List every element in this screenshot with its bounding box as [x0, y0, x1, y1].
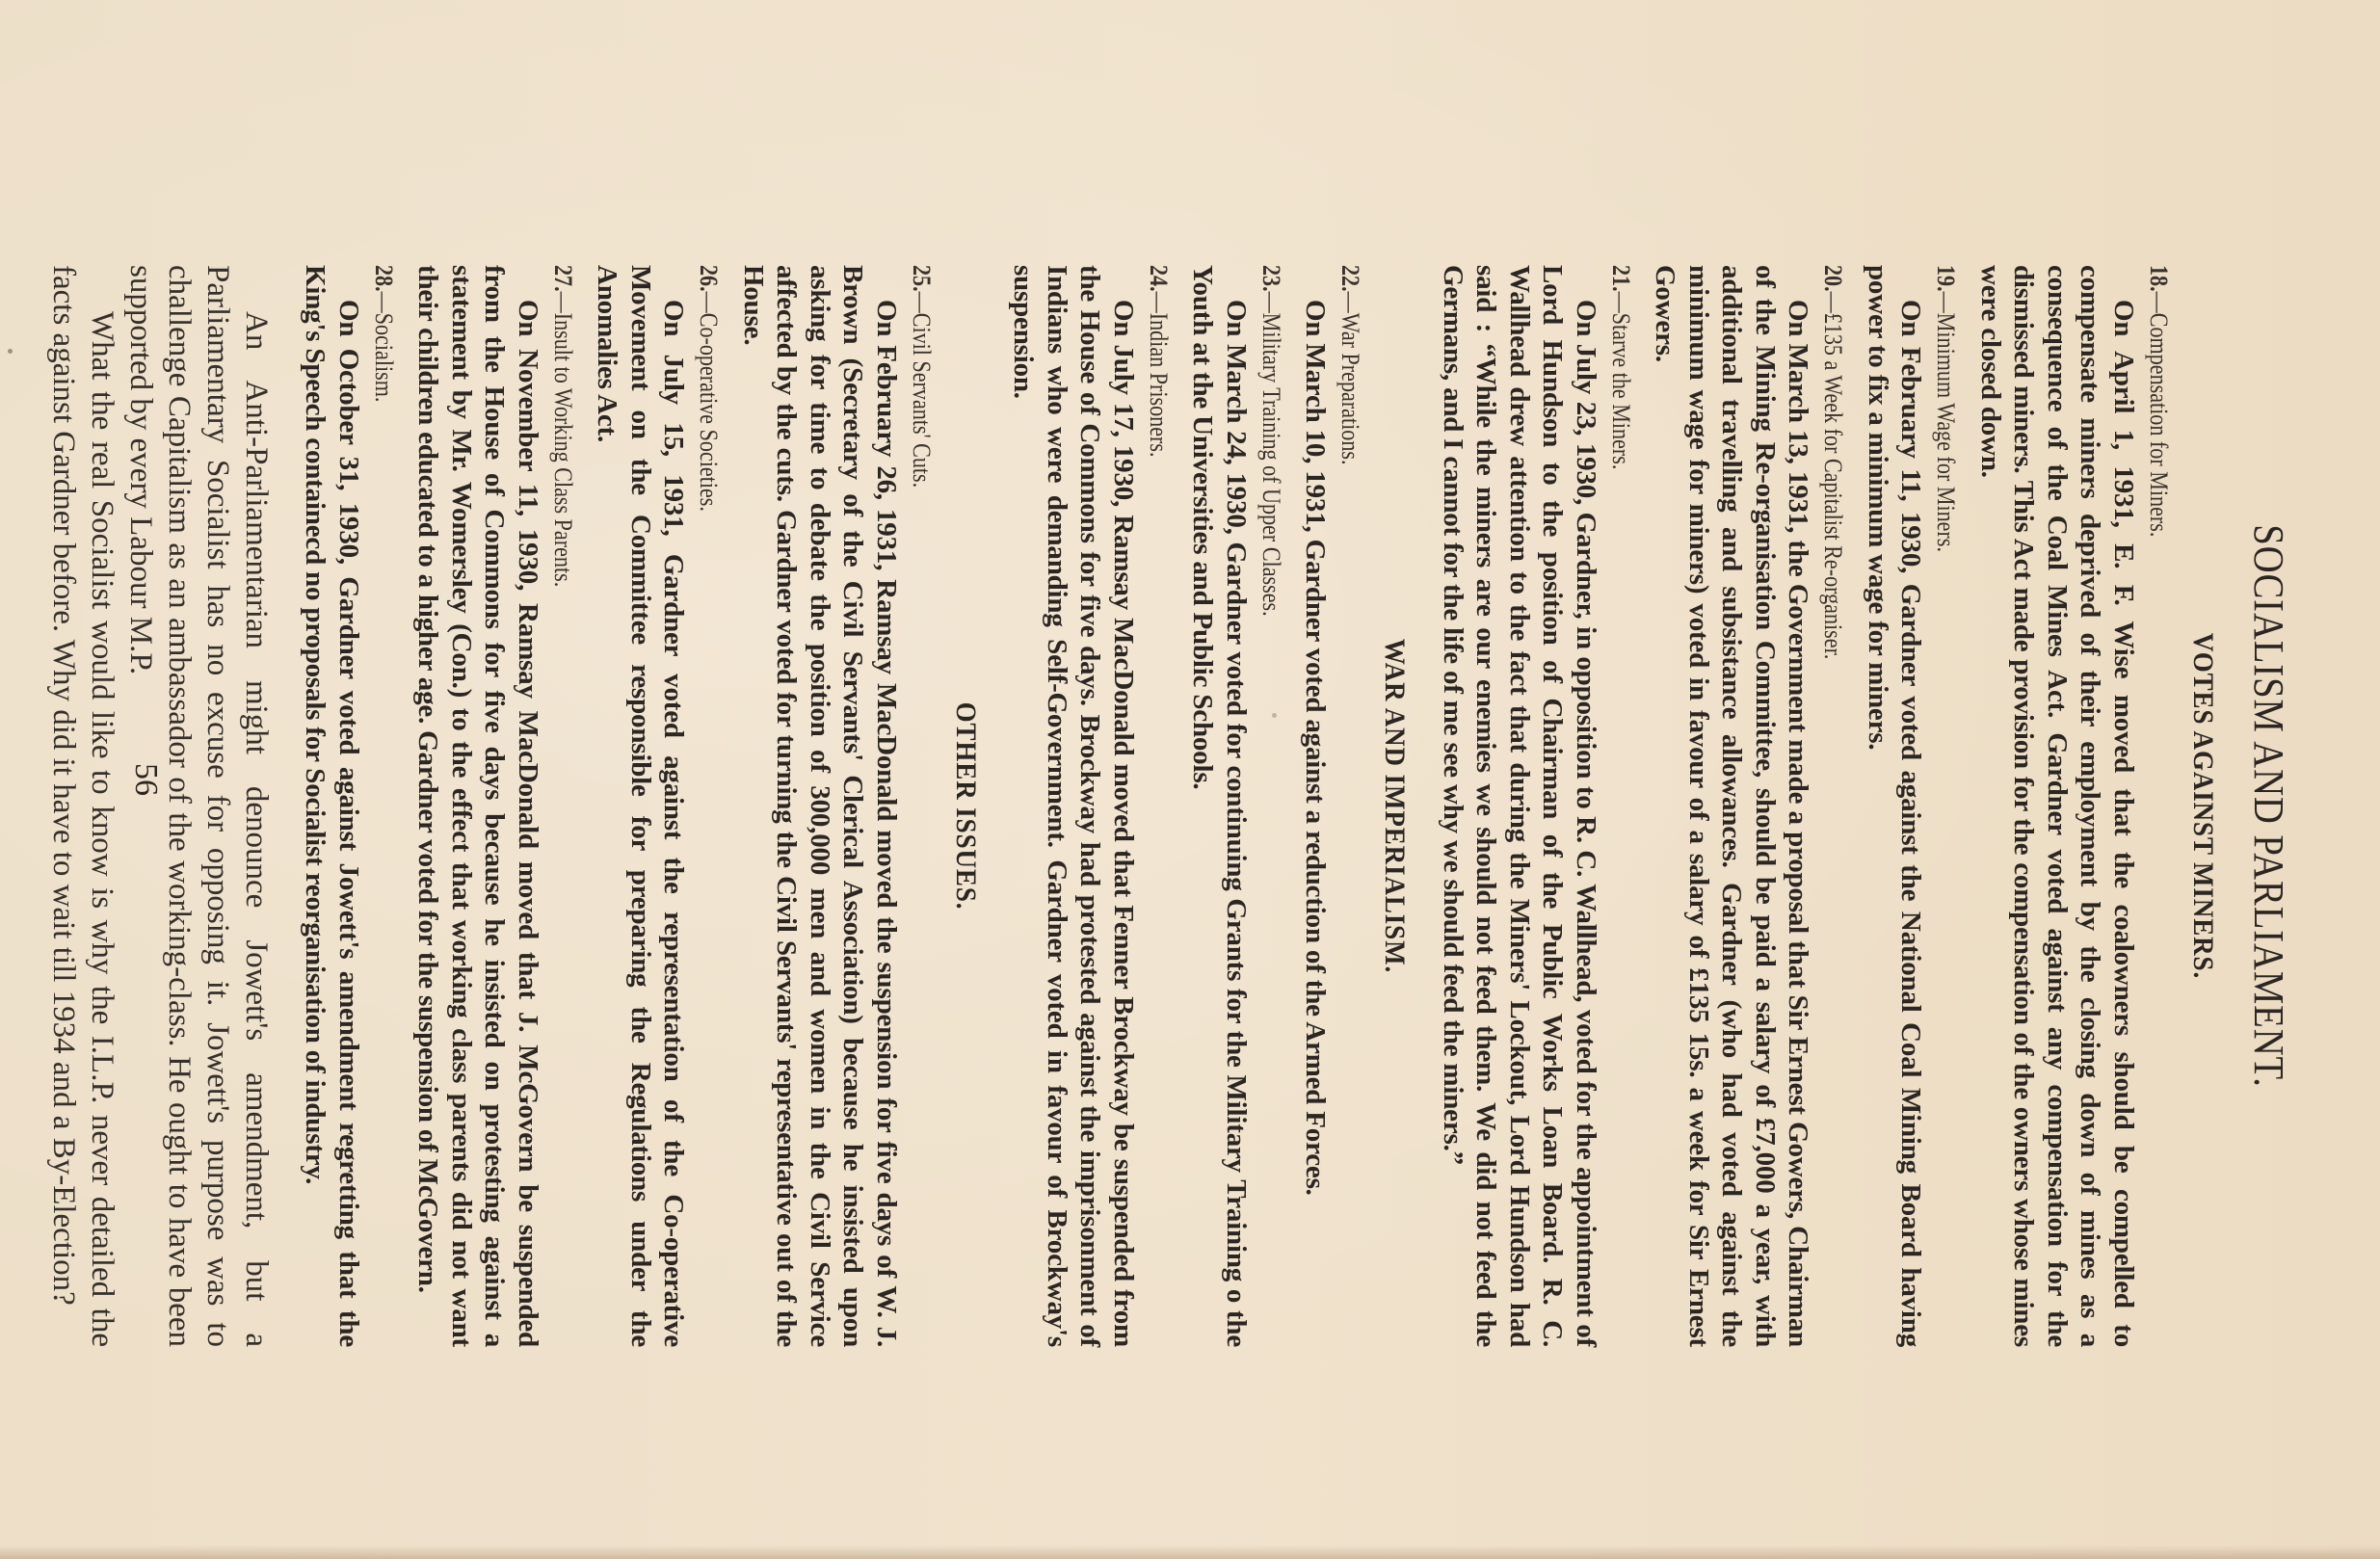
- item-number: 24.: [1145, 265, 1173, 292]
- item-title: —Starve the Miners.: [1607, 292, 1635, 470]
- item-22: 22.—War Preparations. On March 10, 1931,…: [1299, 265, 1365, 1347]
- item-label: 25.—Civil Servants' Cuts.: [907, 265, 936, 1185]
- section-other-issues: OTHER ISSUES. 25.—Civil Servants' Cuts. …: [299, 265, 982, 1347]
- item-body: On April 1, 1931, E. F. Wise moved that …: [1974, 265, 2141, 1347]
- item-label: 18.—Compensation for Miners.: [2144, 265, 2173, 1185]
- item-number: 18.: [2145, 265, 2173, 292]
- item-19: 19.—Minimum Wage for Miners. On February…: [1862, 265, 1961, 1347]
- item-25: 25.—Civil Servants' Cuts. On February 26…: [737, 265, 937, 1347]
- item-label: 27.—Insult to Working Class Parents.: [548, 265, 577, 1185]
- item-title: —Indian Prisoners.: [1145, 292, 1173, 458]
- section-votes-against-miners: VOTES AGAINST MINERS. 18.—Compensation f…: [1437, 265, 2220, 1347]
- item-number: 23.: [1257, 265, 1285, 292]
- item-body: On July 23, 1930, Gardner, in opposition…: [1437, 265, 1603, 1347]
- paper-speck: [8, 349, 13, 354]
- item-number: 21.: [1607, 265, 1635, 292]
- item-body: On October 31, 1930, Gardner voted again…: [299, 265, 365, 1347]
- document-page: SOCIALISM AND PARLIAMENT. VOTES AGAINST …: [0, 0, 2380, 1559]
- item-number: 19.: [1933, 265, 1961, 292]
- running-title: SOCIALISM AND PARLIAMENT.: [2244, 330, 2293, 1282]
- item-label: 23.—Military Training of Upper Classes.: [1256, 265, 1285, 1185]
- item-23: 23.—Military Training of Upper Classes. …: [1186, 265, 1285, 1347]
- item-title: —Civil Servants' Cuts.: [908, 292, 936, 489]
- closing-paragraph: What the real Socialist would like to kn…: [44, 265, 121, 1347]
- item-number: 26.: [696, 265, 724, 292]
- item-title: —£135 a Week for Capitalist Re-organiser…: [1820, 292, 1848, 660]
- item-label: 28.—Socialism.: [369, 265, 398, 1185]
- item-body: On February 11, 1930, Gardner voted agai…: [1862, 265, 1928, 1347]
- item-title: —Socialism.: [370, 292, 398, 403]
- item-title: —Compensation for Miners.: [2145, 292, 2173, 538]
- item-body: On March 10, 1931, Gardner voted against…: [1299, 265, 1333, 1347]
- item-28: 28.—Socialism. On October 31, 1930, Gard…: [299, 265, 398, 1347]
- paper-speck: [1272, 713, 1277, 718]
- item-body: On November 11, 1930, Ramsay MacDonald m…: [411, 265, 544, 1347]
- page-bottom-edge: [0, 1546, 2380, 1559]
- item-number: 25.: [908, 265, 936, 292]
- item-label: 21.—Starve the Miners.: [1606, 265, 1635, 1185]
- item-number: 28.: [370, 265, 398, 292]
- item-number: 20.: [1820, 265, 1848, 292]
- item-body: On July 17, 1930, Ramsay MacDonald moved…: [1007, 265, 1140, 1347]
- item-label: 24.—Indian Prisoners.: [1144, 265, 1173, 1185]
- item-18: 18.—Compensation for Miners. On April 1,…: [1974, 265, 2174, 1347]
- item-27: 27.—Insult to Working Class Parents. On …: [411, 265, 577, 1347]
- item-24: 24.—Indian Prisoners. On July 17, 1930, …: [1007, 265, 1173, 1347]
- section-heading: VOTES AGAINST MINERS.: [2186, 319, 2219, 1293]
- section-heading: OTHER ISSUES.: [949, 319, 982, 1293]
- item-label: 20.—£135 a Week for Capitalist Re-organi…: [1819, 265, 1848, 1185]
- item-title: —Co-operative Societies.: [696, 292, 724, 512]
- item-title: —Minimum Wage for Miners.: [1933, 292, 1961, 552]
- item-20: 20.—£135 a Week for Capitalist Re-organi…: [1649, 265, 1848, 1347]
- item-number: 27.: [549, 265, 577, 292]
- item-label: 22.—War Preparations.: [1336, 265, 1365, 1185]
- item-body: On July 15, 1931, Gardner voted against …: [591, 265, 691, 1347]
- item-body: On February 26, 1931, Ramsay MacDonald m…: [737, 265, 904, 1347]
- item-title: —Insult to Working Class Parents.: [549, 292, 577, 588]
- item-21: 21.—Starve the Miners. On July 23, 1930,…: [1437, 265, 1636, 1347]
- item-26: 26.—Co-operative Societies. On July 15, …: [591, 265, 724, 1347]
- item-title: —Military Training of Upper Classes.: [1257, 292, 1285, 617]
- section-heading: WAR AND IMPERIALISM.: [1379, 319, 1412, 1293]
- item-body: On March 13, 1931, the Government made a…: [1649, 265, 1815, 1347]
- item-number: 22.: [1337, 265, 1365, 292]
- section-war-and-imperialism: WAR AND IMPERIALISM. 22.—War Preparation…: [1007, 265, 1412, 1347]
- item-title: —War Preparations.: [1337, 292, 1365, 465]
- item-label: 19.—Minimum Wage for Miners.: [1932, 265, 1961, 1185]
- item-label: 26.—Co-operative Societies.: [695, 265, 724, 1185]
- item-body: On March 24, 1930, Gardner voted for con…: [1186, 265, 1253, 1347]
- page-number: 56: [127, 0, 164, 1559]
